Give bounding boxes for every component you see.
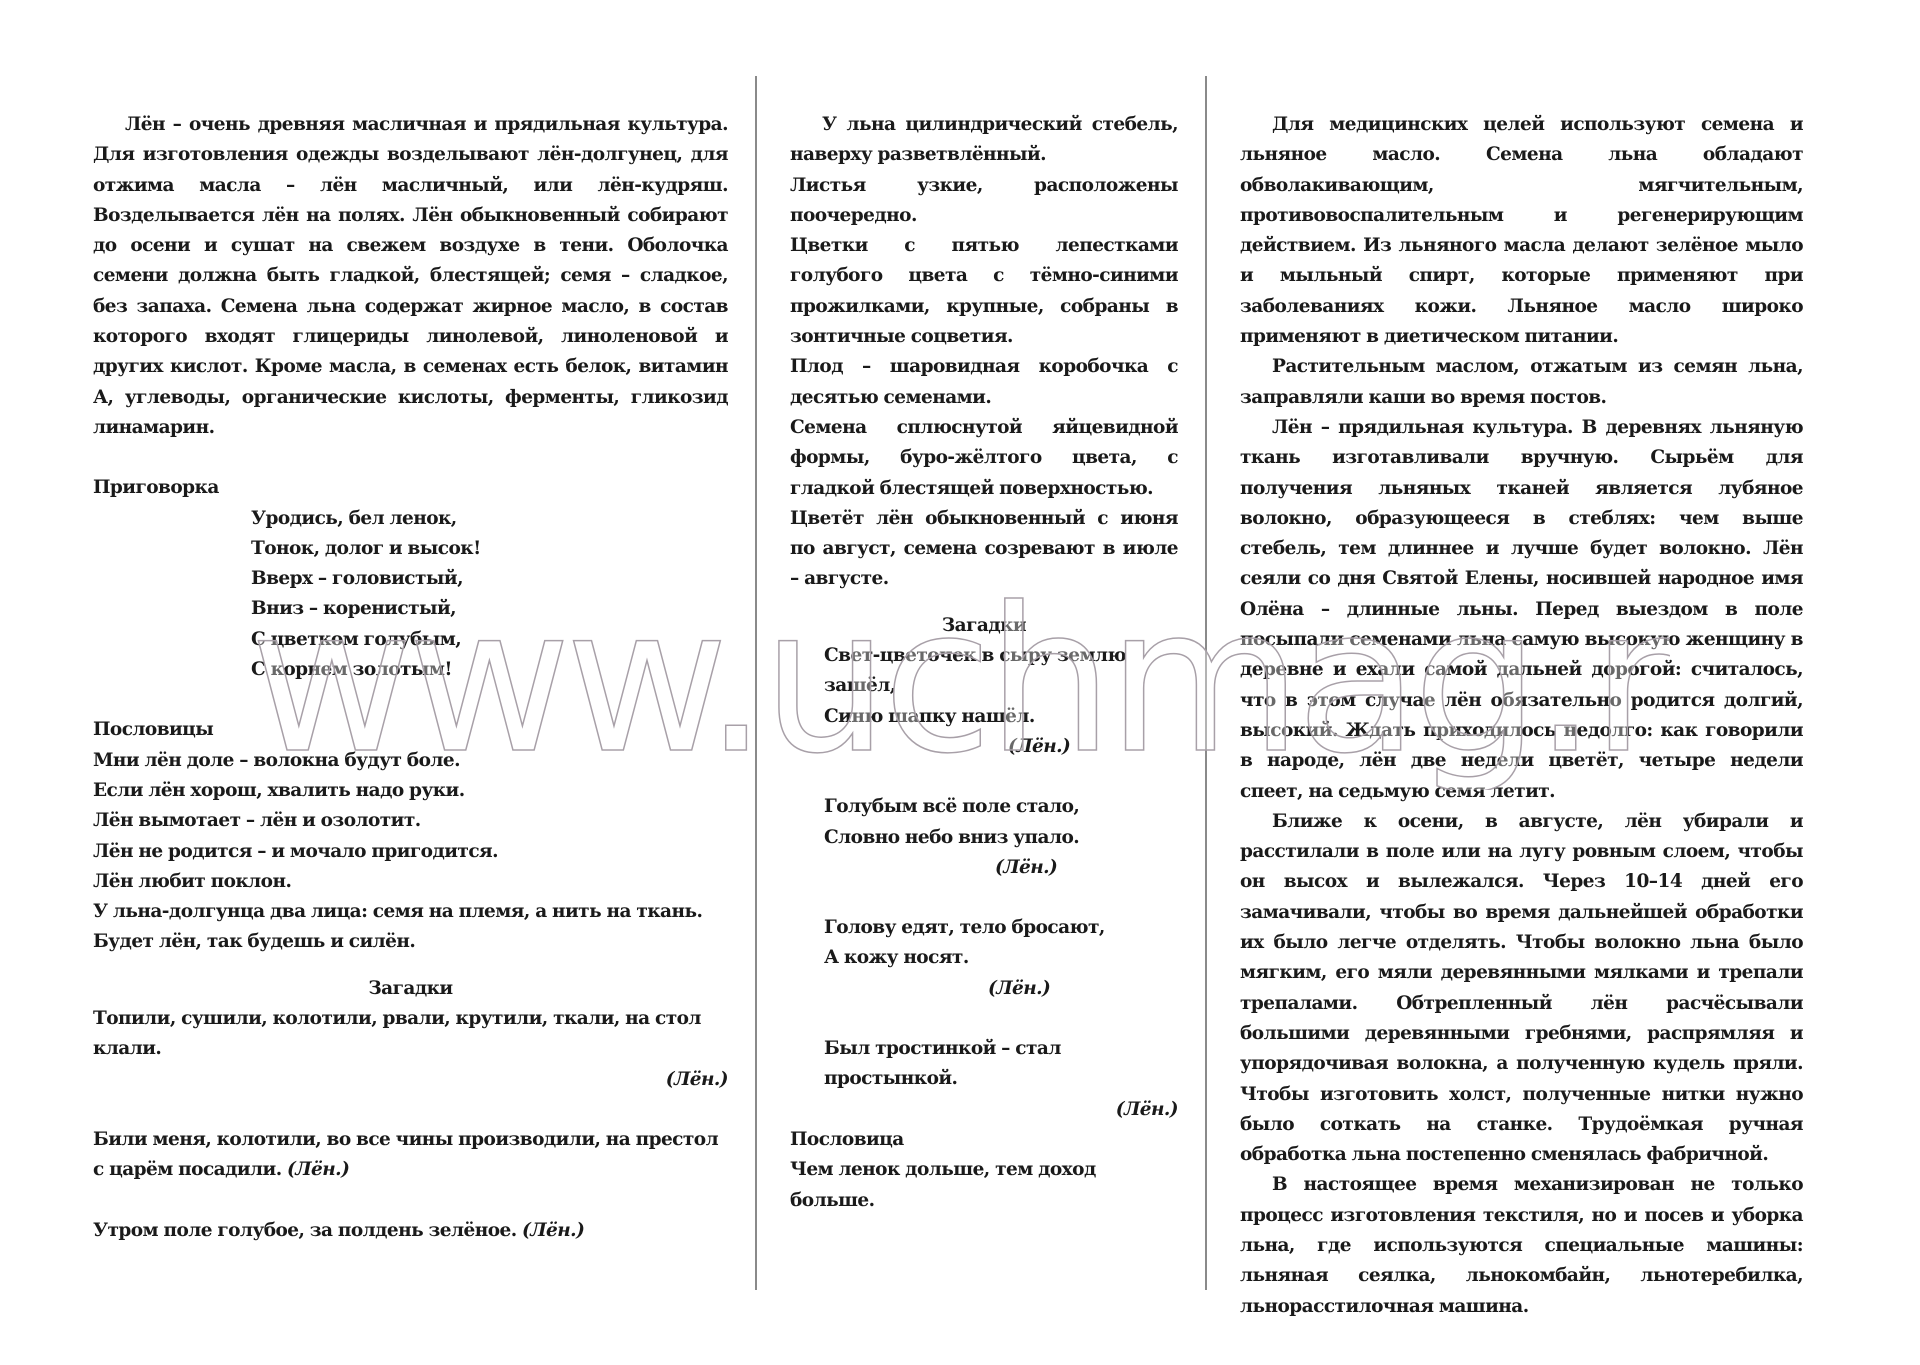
intro-text: – очень древняя масличная и прядильная к… xyxy=(93,114,728,438)
riddle-text: Утром поле голубое, за полдень зелёное. … xyxy=(93,1216,728,1246)
proverb-item: Если лён хорош, хвалить надо руки. xyxy=(93,776,728,806)
right-paragraph: Лён – прядильная культура. В деревнях ль… xyxy=(1240,413,1803,807)
intro-term: Лён xyxy=(125,114,165,135)
right-paragraph: Ближе к осени, в августе, лён убирали и … xyxy=(1240,807,1803,1171)
proverb-item: Лён любит поклон. xyxy=(93,867,728,897)
middle-column: У льна цилиндрический стебель, наверху р… xyxy=(790,110,1178,1216)
right-paragraph: Для медицинских целей используют семена … xyxy=(1240,110,1803,352)
left-column: Лён – очень древняя масличная и прядильн… xyxy=(93,110,728,1246)
intro-paragraph: Лён – очень древняя масличная и прядильн… xyxy=(93,110,728,443)
chant-line: Уродись, бел ленок, xyxy=(251,504,728,534)
riddle: Свет-цветочек в сыру землю зашёл, Синю ш… xyxy=(790,641,1178,732)
column-divider-left xyxy=(755,76,757,1290)
riddle: Голубым всё поле стало, Словно небо вниз… xyxy=(790,792,1178,853)
proverb-item: У льна-долгунца два лица: семя на племя,… xyxy=(93,897,728,927)
riddle-text: Топили, сушили, колотили, рвали, крутили… xyxy=(93,1004,728,1065)
riddle-answer: (Лён.) xyxy=(93,1065,728,1095)
riddles-heading-middle: Загадки xyxy=(790,611,1178,641)
riddles-heading: Загадки xyxy=(93,974,728,1004)
riddle-answer: (Лён.) xyxy=(522,1220,584,1241)
proverb-heading-middle: Пословица xyxy=(790,1125,1178,1155)
description-line: Семена сплюснутой яйцевидной формы, буро… xyxy=(790,413,1178,504)
description-line: У льна цилиндрический стебель, наверху р… xyxy=(790,110,1178,171)
riddle-answer: (Лён.) xyxy=(790,732,1178,762)
right-column: Для медицинских целей используют семена … xyxy=(1240,110,1803,1322)
riddle-text: Били меня, колотили, во все чины произво… xyxy=(93,1125,728,1186)
chant-line: Вниз – коренистый, xyxy=(251,594,728,624)
proverb-item: Будет лён, так будешь и силён. xyxy=(93,927,728,957)
riddle: Был тростинкой – стал простынкой. xyxy=(790,1034,1178,1095)
proverbs-heading: Пословицы xyxy=(93,715,728,745)
chant-heading: Приговорка xyxy=(93,473,728,503)
proverb-item: Мни лён доле – волокна будут боле. xyxy=(93,746,728,776)
chant-line: Тонок, долог и высок! xyxy=(251,534,728,564)
chant-line: Вверх – головистый, xyxy=(251,564,728,594)
proverb-item: Лён вымотает – лён и озолотит. xyxy=(93,806,728,836)
riddle: Голову едят, тело бросают, А кожу носят. xyxy=(790,913,1178,974)
column-divider-right xyxy=(1205,76,1207,1290)
riddle-answer: (Лён.) xyxy=(790,974,1178,1004)
description-line: Плод – шаровидная коробочка с десятью се… xyxy=(790,352,1178,413)
proverb-text-middle: Чем ленок дольше, тем доход больше. xyxy=(790,1155,1178,1216)
description-line: Цветёт лён обыкновенный с июня по август… xyxy=(790,504,1178,595)
riddle-answer: (Лён.) xyxy=(287,1159,349,1180)
proverb-item: Лён не родится – и мочало пригодится. xyxy=(93,837,728,867)
right-paragraph: Растительным маслом, отжатым из семян ль… xyxy=(1240,352,1803,413)
right-paragraph: В настоящее время механизирован не тольк… xyxy=(1240,1170,1803,1321)
riddle-answer: (Лён.) xyxy=(790,853,1178,883)
riddle-answer: (Лён.) xyxy=(790,1095,1178,1125)
chant-poem: Уродись, бел ленок, Тонок, долог и высок… xyxy=(93,504,728,686)
description-line: Листья узкие, расположены поочередно. xyxy=(790,171,1178,232)
chant-line: С цветком голубым, xyxy=(251,625,728,655)
chant-line: С корнем золотым! xyxy=(251,655,728,685)
description-line: Цветки с пятью лепестками голубого цвета… xyxy=(790,231,1178,352)
